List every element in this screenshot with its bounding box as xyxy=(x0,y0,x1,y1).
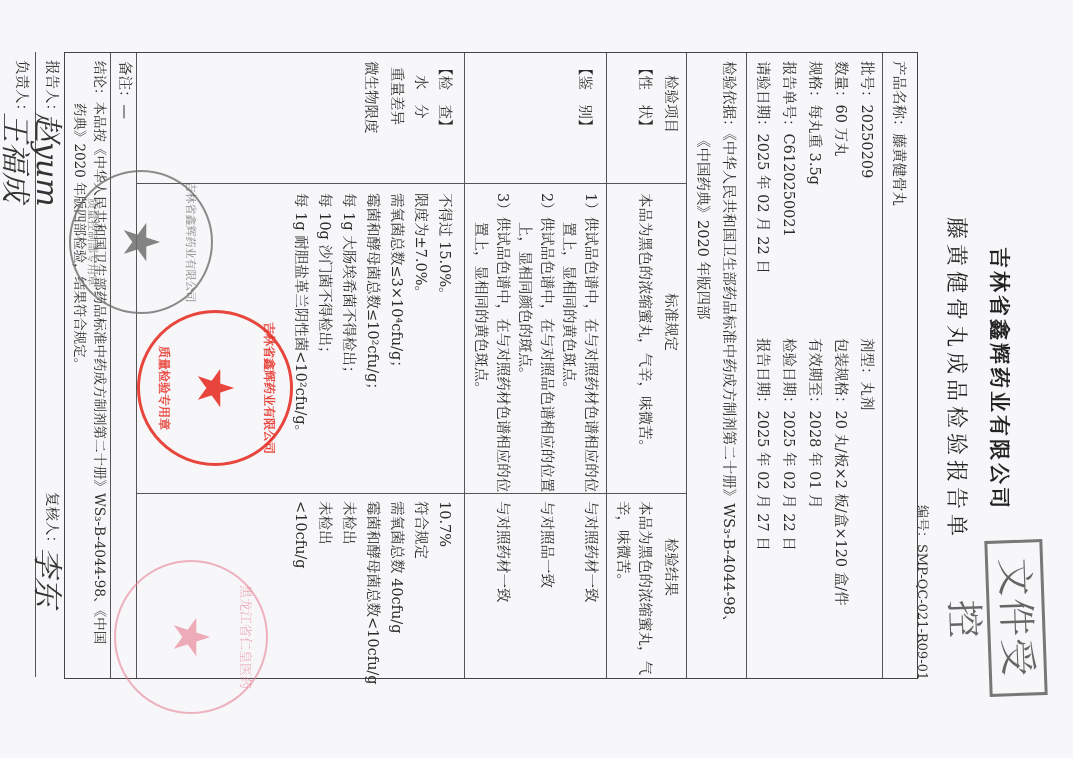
ident-2-standard-2: 上，显相同颜色的斑点。 xyxy=(517,193,532,382)
microbial-result-5: <10cfu/g xyxy=(293,501,308,569)
reviewer-signature: 李东 xyxy=(28,547,72,607)
ident-3-standard-1: 3）供试品色谱中，在与对照药材色谱相应的位 xyxy=(495,193,510,492)
microbial-std-3: 每 1g 大肠埃希菌不得检出； xyxy=(341,193,356,380)
product-name-field: 产品名称：藤黄健骨丸 xyxy=(891,61,906,206)
ident-3-standard-2: 置上，显相同的黄色斑点。 xyxy=(473,193,488,396)
microbial-result-2: 霉菌和酵母菌总数<10cfu/g xyxy=(365,501,380,685)
remarks: 备注：— xyxy=(117,61,132,119)
microbial-limit-item: 微生物限度 xyxy=(363,61,378,134)
moisture-item: 水 分 xyxy=(413,75,428,119)
report-date-field: 报告日期：2025 年 02 月 27 日 xyxy=(755,338,770,551)
ident-1-result: 与对照药材一致 xyxy=(583,501,598,603)
star-icon: ★ xyxy=(112,220,170,265)
col-header-item: 检验项目 xyxy=(663,75,678,133)
appearance-result-2: 辛，味微苦。 xyxy=(615,501,630,588)
gray-qc-stamp: ★ 吉林省鑫辉药业有限公司 质量控制部专用章 xyxy=(69,170,213,314)
ident-2-result: 与对照品一致 xyxy=(539,501,554,588)
reporter-label: 报告人： xyxy=(44,60,59,118)
pink-seal-stamp: ★ 黑龙江省仁皇医药 xyxy=(114,560,268,714)
quantity-field: 数量：60 万丸 xyxy=(833,61,848,157)
weight-variation-standard: 限度为±7.0%。 xyxy=(413,193,428,300)
section-identification: 【鉴 别】 xyxy=(577,61,592,134)
ident-3-result: 与对照药材一致 xyxy=(495,501,510,603)
microbial-result-4: 未检出 xyxy=(317,501,332,545)
star-icon: ★ xyxy=(162,615,220,660)
microbial-std-5: 每 1g 耐胆盐革兰阴性菌<10²cfu/g。 xyxy=(293,193,308,439)
ident-1-standard-1: 1）供试品色谱中，在与对照药材色谱相应的位 xyxy=(583,193,598,492)
appearance-standard: 本品为黑色的浓缩蜜丸，气辛，味微苦。 xyxy=(637,193,652,454)
basis-field: 检验依据：《中华人民共和国卫生部药品标准中药成方制剂第二十册》WS₃-B-404… xyxy=(721,61,736,629)
conclusion-line1: 结论：本品按《中华人民共和国卫生部药品标准中药成方制剂第二十册》WS₃-B-40… xyxy=(92,61,106,644)
appearance-result-1: 本品为黑色的浓缩蜜丸，气 xyxy=(637,501,652,675)
microbial-std-2: 霉菌和酵母菌总数≤10²cfu/g； xyxy=(365,193,380,397)
moisture-result: 10.7% xyxy=(437,501,452,547)
form-field: 剂型：丸剂 xyxy=(859,338,874,411)
ident-2-standard-1: 2）供试品色谱中，在与对照品色谱相应的位置 xyxy=(539,193,554,492)
col-header-standard: 标准规定 xyxy=(663,293,678,351)
microbial-result-1: 需氧菌总数 40cfu/g xyxy=(389,501,404,634)
batch-field: 批号：20250209 xyxy=(859,61,874,178)
report-title: 藤黄健骨丸成品检验报告单 xyxy=(942,0,973,758)
microbial-std-4: 每 10g 沙门菌不得检出； xyxy=(317,193,332,360)
company-name: 吉林省鑫辉药业有限公司 xyxy=(985,0,1015,758)
weight-variation-result: 符合规定 xyxy=(413,501,428,559)
section-appearance: 【性 状】 xyxy=(637,61,652,134)
section-inspection: 【检 查】 xyxy=(437,61,452,134)
signature-area: 报告人： 赵yum 复核人： 李东 负责人： 王福成 xyxy=(6,52,66,677)
microbial-std-1: 需氧菌总数≤3×10⁴cfu/g； xyxy=(389,193,404,375)
ident-1-standard-2: 置上，显相同的黄色斑点。 xyxy=(561,193,576,396)
weight-variation-item: 重量差异 xyxy=(389,67,404,125)
basis-line2: 《中国药典》2020 年版四部 xyxy=(695,133,710,320)
star-icon: ★ xyxy=(186,366,244,411)
responsible-label: 负责人： xyxy=(14,60,29,118)
reviewer-label: 复核人： xyxy=(44,492,59,550)
spec-field: 规格：每丸重 3.5g xyxy=(807,61,822,185)
col-header-result: 检验结果 xyxy=(663,538,678,596)
test-date-field: 检验日期：2025 年 02 月 22 日 xyxy=(781,338,796,551)
report-no-field: 报告单号：C6120250021 xyxy=(781,61,796,237)
moisture-standard: 不得过 15.0%。 xyxy=(437,193,452,302)
red-qc-stamp: ★ 吉林省鑫辉药业有限公司 质量检验专用章 xyxy=(137,310,293,466)
packaging-field: 包装规格：20 丸/板×2 板/盒×120 盒/件 xyxy=(833,338,848,606)
expiry-field: 有效期至：2028 年 01 月 xyxy=(807,338,822,509)
responsible-signature: 王福成 xyxy=(0,112,40,202)
microbial-result-3: 未检出 xyxy=(341,501,356,545)
request-date-field: 请验日期：2025 年 02 月 22 日 xyxy=(755,61,770,274)
report-page: 文件受控 吉林省鑫辉药业有限公司 藤黄健骨丸成品检验报告单 编号：SMP-QC-… xyxy=(0,0,1073,758)
